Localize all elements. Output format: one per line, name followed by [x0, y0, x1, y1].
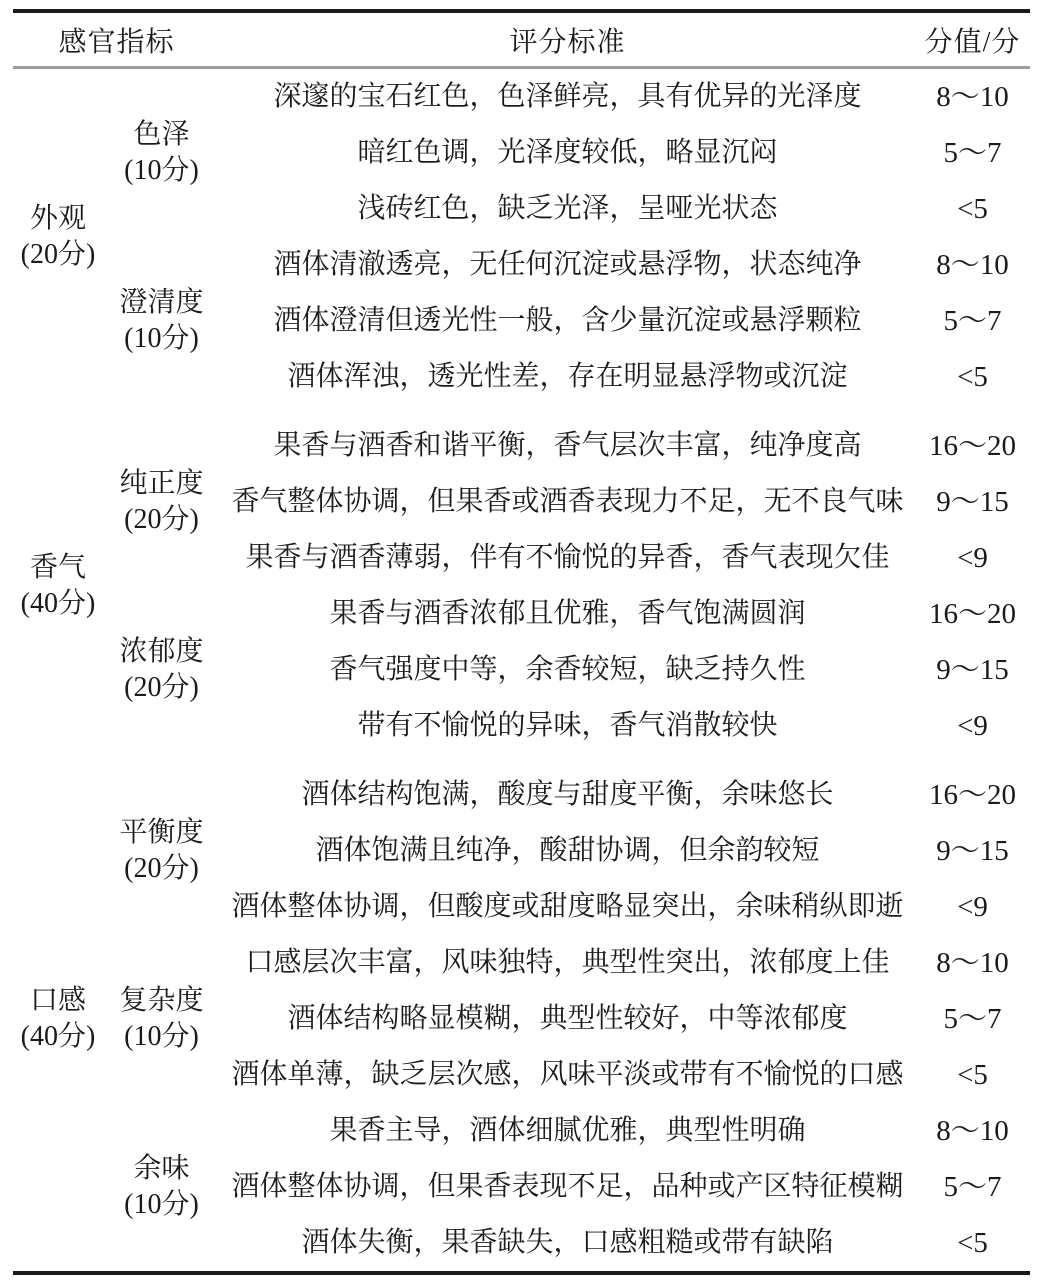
table-row: 余味 (10分) 果香主导，酒体细腻优雅，典型性明确 8～10 [13, 1103, 1030, 1159]
criteria-cell: 香气强度中等，余香较短，缺乏持久性 [220, 642, 915, 698]
subgroup-label-complexity: 复杂度 (10分) [103, 935, 220, 1103]
criteria-cell: 酒体单薄，缺乏层次感，风味平淡或带有不愉悦的口感 [220, 1047, 915, 1103]
subgroup-name: 纯正度 [103, 466, 220, 502]
subgroup-points: (10分) [103, 1187, 220, 1223]
table-row: 香气 (40分) 纯正度 (20分) 果香与酒香和谐平衡，香气层次丰富，纯净度高… [13, 405, 1030, 474]
header-row: 感官指标 评分标准 分值/分 [13, 11, 1030, 68]
subgroup-label-clarity: 澄清度 (10分) [103, 237, 220, 405]
criteria-cell: 酒体清澈透亮，无任何沉淀或悬浮物，状态纯净 [220, 237, 915, 293]
criteria-cell: 香气整体协调，但果香或酒香表现力不足，无不良气味 [220, 474, 915, 530]
criteria-cell: 果香与酒香浓郁且优雅，香气饱满圆润 [220, 586, 915, 642]
subgroup-label-aftertaste: 余味 (10分) [103, 1103, 220, 1273]
criteria-cell: 酒体结构略显模糊，典型性较好，中等浓郁度 [220, 991, 915, 1047]
score-cell: 8～10 [915, 1103, 1030, 1159]
subgroup-points: (10分) [103, 321, 220, 357]
score-cell: 5～7 [915, 293, 1030, 349]
table-row: 澄清度 (10分) 酒体清澈透亮，无任何沉淀或悬浮物，状态纯净 8～10 [13, 237, 1030, 293]
criteria-cell: 带有不愉悦的异味，香气消散较快 [220, 698, 915, 754]
col-header-sensory-indicator: 感官指标 [13, 11, 220, 68]
subgroup-points: (20分) [103, 851, 220, 887]
subgroup-points: (20分) [103, 502, 220, 538]
criteria-cell: 酒体整体协调，但酸度或甜度略显突出，余味稍纵即逝 [220, 879, 915, 935]
score-cell: 5～7 [915, 991, 1030, 1047]
group-label-aroma: 香气 (40分) [13, 405, 103, 754]
score-cell: 9～15 [915, 642, 1030, 698]
score-cell: 5～7 [915, 1159, 1030, 1215]
col-header-score-value: 分值/分 [915, 11, 1030, 68]
subgroup-name: 平衡度 [103, 815, 220, 851]
score-cell: <9 [915, 879, 1030, 935]
subgroup-label-balance: 平衡度 (20分) [103, 754, 220, 935]
criteria-cell: 酒体结构饱满，酸度与甜度平衡，余味悠长 [220, 754, 915, 823]
score-cell: 16～20 [915, 586, 1030, 642]
group-points: (40分) [13, 586, 103, 622]
score-cell: <9 [915, 698, 1030, 754]
subgroup-name: 澄清度 [103, 285, 220, 321]
criteria-cell: 酒体浑浊，透光性差，存在明显悬浮物或沉淀 [220, 349, 915, 405]
score-cell: <9 [915, 530, 1030, 586]
score-cell: <5 [915, 181, 1030, 237]
criteria-cell: 果香主导，酒体细腻优雅，典型性明确 [220, 1103, 915, 1159]
criteria-cell: 果香与酒香和谐平衡，香气层次丰富，纯净度高 [220, 405, 915, 474]
table-row: 复杂度 (10分) 口感层次丰富，风味独特，典型性突出，浓郁度上佳 8～10 [13, 935, 1030, 991]
subgroup-name: 色泽 [103, 117, 220, 153]
group-points: (20分) [13, 237, 103, 273]
criteria-cell: 暗红色调，光泽度较低，略显沉闷 [220, 125, 915, 181]
group-name: 香气 [13, 550, 103, 586]
subgroup-label-purity: 纯正度 (20分) [103, 405, 220, 586]
group-label-taste: 口感 (40分) [13, 754, 103, 1273]
score-cell: <5 [915, 1047, 1030, 1103]
table-row: 口感 (40分) 平衡度 (20分) 酒体结构饱满，酸度与甜度平衡，余味悠长 1… [13, 754, 1030, 823]
score-cell: 8～10 [915, 68, 1030, 126]
col-header-scoring-criteria: 评分标准 [220, 11, 915, 68]
criteria-cell: 酒体饱满且纯净，酸甜协调，但余韵较短 [220, 823, 915, 879]
subgroup-points: (20分) [103, 670, 220, 706]
criteria-cell: 果香与酒香薄弱，伴有不愉悦的异香，香气表现欠佳 [220, 530, 915, 586]
criteria-cell: 酒体失衡，果香缺失，口感粗糙或带有缺陷 [220, 1215, 915, 1273]
subgroup-label-color: 色泽 (10分) [103, 68, 220, 238]
score-cell: 9～15 [915, 823, 1030, 879]
criteria-cell: 酒体澄清但透光性一般，含少量沉淀或悬浮颗粒 [220, 293, 915, 349]
score-cell: 9～15 [915, 474, 1030, 530]
score-cell: 8～10 [915, 237, 1030, 293]
paper-table-page: 感官指标 评分标准 分值/分 外观 (20分) 色泽 (10分) 深邃的宝石红色… [0, 0, 1048, 1275]
score-cell: 5～7 [915, 125, 1030, 181]
group-name: 口感 [13, 983, 103, 1019]
criteria-cell: 酒体整体协调，但果香表现不足，品种或产区特征模糊 [220, 1159, 915, 1215]
criteria-cell: 浅砖红色，缺乏光泽，呈哑光状态 [220, 181, 915, 237]
group-points: (40分) [13, 1019, 103, 1055]
sensory-evaluation-table: 感官指标 评分标准 分值/分 外观 (20分) 色泽 (10分) 深邃的宝石红色… [13, 9, 1030, 1275]
subgroup-name: 浓郁度 [103, 634, 220, 670]
subgroup-name: 余味 [103, 1151, 220, 1187]
table-row: 外观 (20分) 色泽 (10分) 深邃的宝石红色，色泽鲜亮，具有优异的光泽度 … [13, 68, 1030, 126]
score-cell: <5 [915, 349, 1030, 405]
table-row: 浓郁度 (20分) 果香与酒香浓郁且优雅，香气饱满圆润 16～20 [13, 586, 1030, 642]
group-label-appearance: 外观 (20分) [13, 68, 103, 406]
score-cell: 16～20 [915, 405, 1030, 474]
score-cell: 8～10 [915, 935, 1030, 991]
subgroup-points: (10分) [103, 153, 220, 189]
criteria-cell: 深邃的宝石红色，色泽鲜亮，具有优异的光泽度 [220, 68, 915, 126]
criteria-cell: 口感层次丰富，风味独特，典型性突出，浓郁度上佳 [220, 935, 915, 991]
group-name: 外观 [13, 201, 103, 237]
subgroup-label-intensity: 浓郁度 (20分) [103, 586, 220, 754]
subgroup-name: 复杂度 [103, 983, 220, 1019]
score-cell: <5 [915, 1215, 1030, 1273]
score-cell: 16～20 [915, 754, 1030, 823]
subgroup-points: (10分) [103, 1019, 220, 1055]
